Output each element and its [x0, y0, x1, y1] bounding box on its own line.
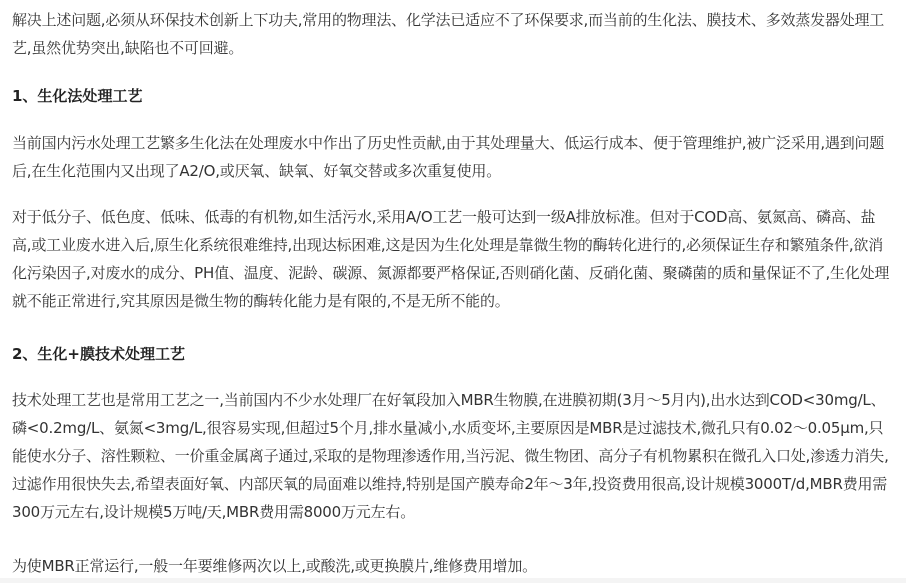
paragraph-membrane-overview: 技术处理工艺也是常用工艺之一,当前国内不少水处理厂在好氧段加入MBR生物膜,在进…	[12, 386, 892, 526]
bottom-divider	[0, 578, 906, 583]
intro-paragraph: 解决上述问题,必须从环保技术创新上下功夫,常用的物理法、化学法已适应不了环保要求…	[12, 6, 892, 62]
paragraph-biochemical-limits: 对于低分子、低色度、低味、低毒的有机物,如生活污水,采用A/O工艺一般可达到一级…	[12, 203, 892, 315]
paragraph-membrane-maintenance: 为使MBR正常运行,一般一年要维修两次以上,或酸洗,或更换膜片,维修费用增加。	[12, 552, 537, 580]
paragraph-biochemical-overview: 当前国内污水处理工艺繁多生化法在处理废水中作出了历史性贡献,由于其处理量大、低运…	[12, 129, 892, 185]
section-heading-biochemical: 1、生化法处理工艺	[12, 82, 142, 110]
section-heading-membrane: 2、生化+膜技术处理工艺	[12, 340, 185, 368]
